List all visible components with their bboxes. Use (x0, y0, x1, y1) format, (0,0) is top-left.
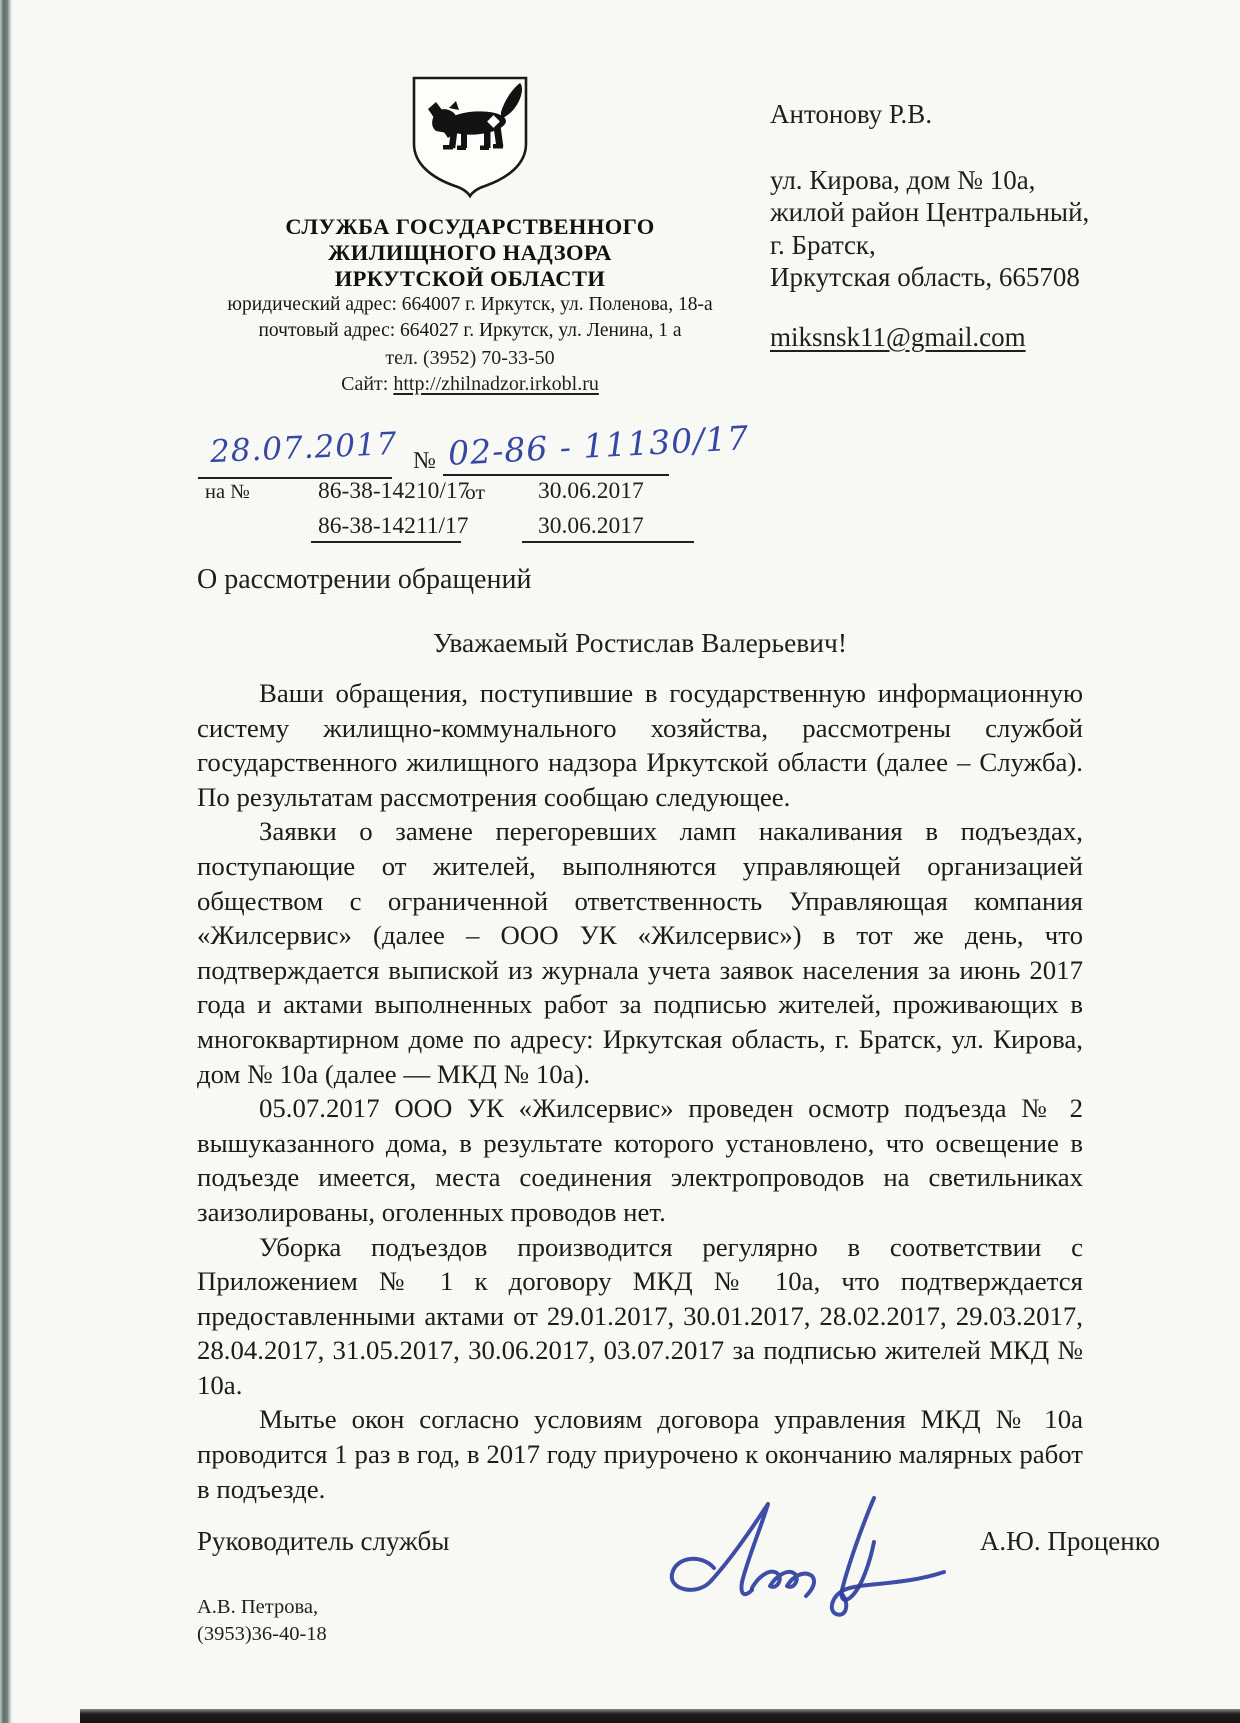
postal-address: почтовый адрес: 664027 г. Иркутск, ул. Л… (205, 318, 735, 344)
org-name-line2: ЖИЛИЩНОГО НАДЗОРА (205, 240, 735, 266)
body-paragraph-2: Заявки о замене перегоревших ламп накали… (197, 814, 1083, 1091)
executor-block: А.В. Петрова, (3953)36-40-18 (197, 1594, 327, 1648)
org-site-line: Сайт: http://zhilnadzor.irkobl.ru (205, 371, 735, 398)
incoming-date-2: 30.06.2017 (538, 513, 644, 540)
subject-line: О рассмотрении обращений (197, 563, 1083, 597)
letter-body: О рассмотрении обращений Уважаемый Рости… (197, 563, 1083, 1506)
coat-of-arms-icon (405, 72, 535, 202)
org-phone: тел. (3952) 70-33-50 (205, 345, 735, 371)
recipient-email: miksnsk11@gmail.com (770, 321, 1026, 354)
handwritten-outgoing-number: 02-86 - 11130/17 (447, 418, 750, 473)
incoming-date-1: 30.06.2017 (538, 478, 644, 505)
recipient-name: Антонову Р.В. (770, 98, 1100, 131)
org-name-line1: СЛУЖБА ГОСУДАРСТВЕННОГО (205, 214, 735, 240)
scanned-letter-page: СЛУЖБА ГОСУДАРСТВЕННОГО ЖИЛИЩНОГО НАДЗОР… (0, 0, 1240, 1723)
handwritten-outgoing-date: 28.07.2017 (209, 426, 398, 470)
body-paragraph-4: Уборка подъездов производится регулярно … (197, 1230, 1083, 1403)
recipient-address-line: Иркутская область, 665708 (770, 261, 1100, 294)
site-url: http://zhilnadzor.irkobl.ru (393, 373, 599, 395)
scan-bottom-edge (80, 1709, 1240, 1723)
site-label: Сайт: (341, 373, 388, 395)
legal-address: юридический адрес: 664007 г. Иркутск, ул… (205, 292, 735, 318)
recipient-block: Антонову Р.В. ул. Кирова, дом № 10а, жил… (770, 98, 1100, 353)
scan-left-edge (0, 0, 12, 1723)
number-underline (443, 474, 669, 476)
body-paragraph-3: 05.07.2017 ООО УК «Жилсервис» проведен о… (197, 1091, 1083, 1229)
org-name-line3: ИРКУТСКОЙ ОБЛАСТИ (205, 266, 735, 292)
from-label: от (465, 480, 485, 505)
recipient-address-line: ул. Кирова, дом № 10а, (770, 164, 1100, 197)
incoming-number-1: 86-38-14210/17 (318, 478, 469, 505)
executor-phone: (3953)36-40-18 (197, 1621, 327, 1648)
executor-name: А.В. Петрова, (197, 1594, 327, 1621)
incoming-number-2: 86-38-14211/17 (318, 513, 469, 540)
recipient-address-line: жилой район Центральный, (770, 196, 1100, 229)
signature-autograph (652, 1490, 952, 1625)
signer-name: А.Ю. Проценко (980, 1526, 1160, 1557)
body-paragraph-1: Ваши обращения, поступившие в государств… (197, 676, 1083, 814)
incoming-date-2-underline (522, 541, 694, 543)
signer-position: Руководитель службы (197, 1526, 449, 1557)
on-number-label: на № (205, 481, 250, 504)
letterhead: СЛУЖБА ГОСУДАРСТВЕННОГО ЖИЛИЩНОГО НАДЗОР… (205, 72, 735, 398)
number-sign: № (413, 448, 436, 475)
salutation: Уважаемый Ростислав Валерьевич! (197, 627, 1083, 659)
recipient-address-line: г. Братск, (770, 229, 1100, 262)
incoming-number-2-underline (311, 541, 461, 543)
